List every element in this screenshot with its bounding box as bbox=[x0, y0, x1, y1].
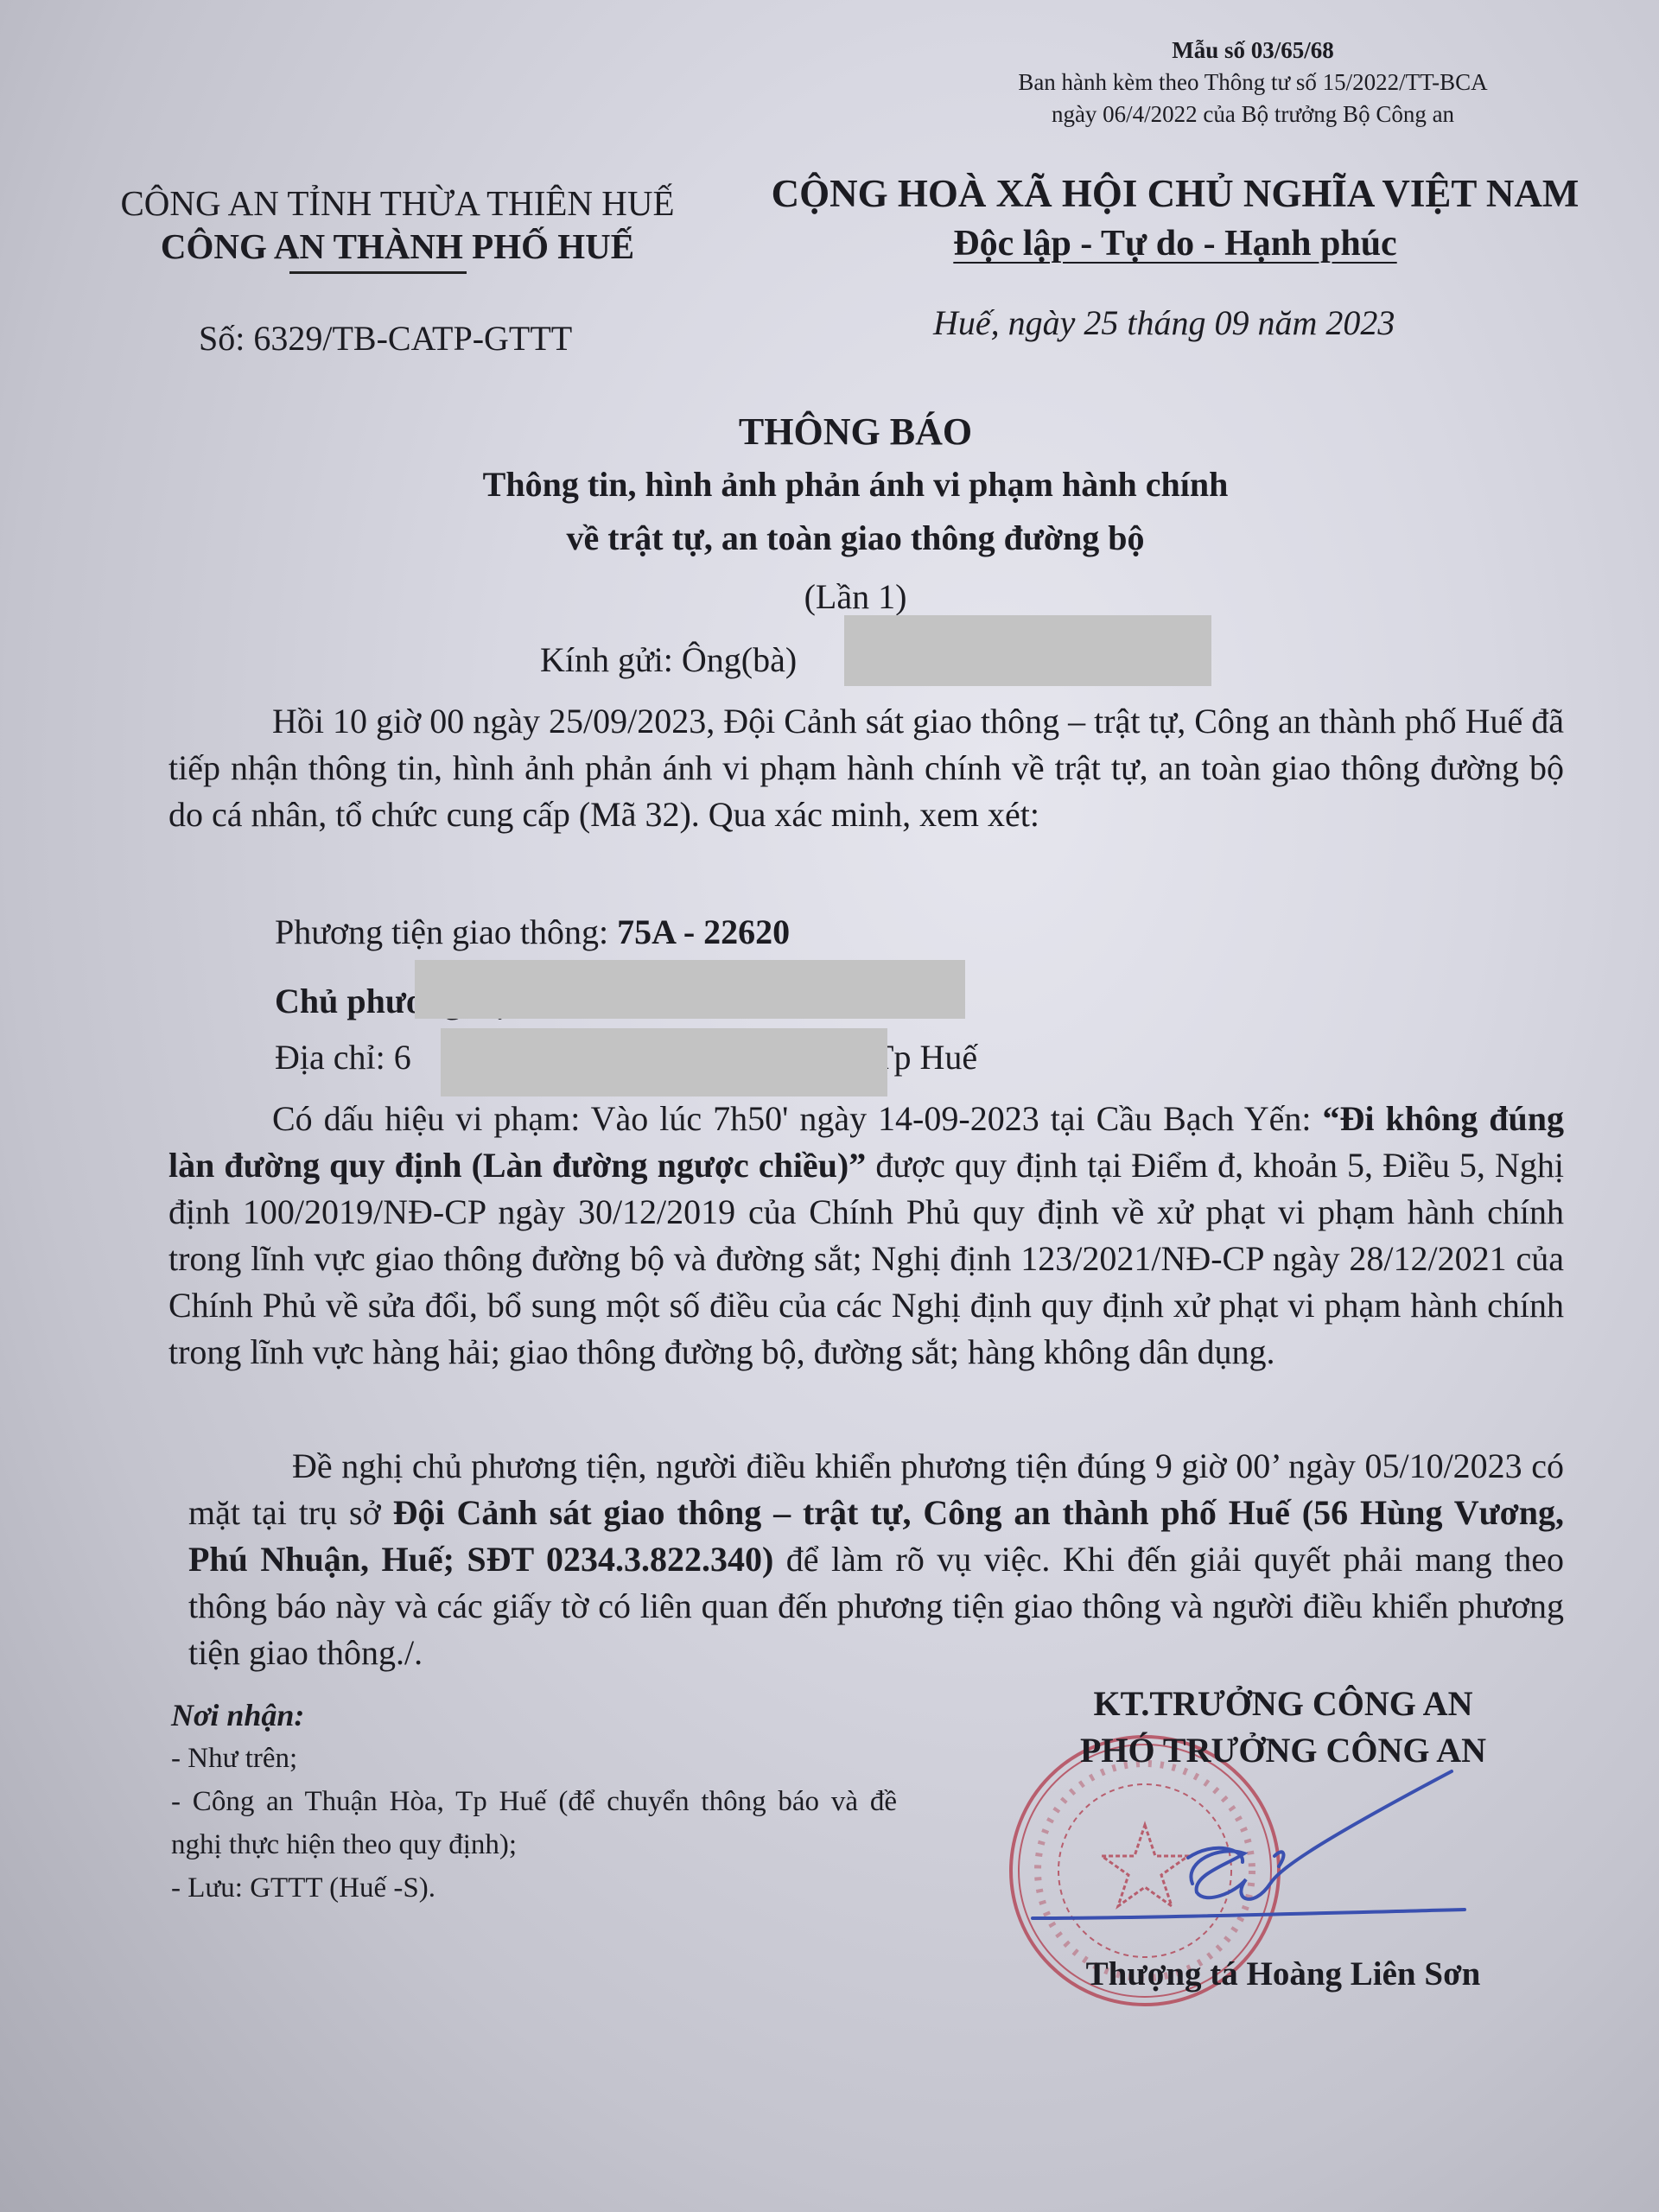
violation-prefix: Có dấu hiệu vi phạm: Vào lúc 7h50' ngày … bbox=[272, 1099, 1323, 1138]
signer-title-line-2: PHÓ TRƯỞNG CÔNG AN bbox=[1020, 1727, 1547, 1774]
recipients-block: Nơi nhận: - Như trên; - Công an Thuận Hò… bbox=[171, 1694, 897, 1910]
recipient-item: - Như trên; bbox=[171, 1737, 897, 1780]
recipient-label: Kính gửi: Ông(bà) bbox=[540, 640, 797, 679]
document-title: THÔNG BÁO Thông tin, hình ảnh phản ánh v… bbox=[259, 406, 1452, 626]
nation-name: CỘNG HOÀ XÃ HỘI CHỦ NGHĨA VIỆT NAM bbox=[760, 168, 1590, 219]
violation-paragraph: Có dấu hiệu vi phạm: Vào lúc 7h50' ngày … bbox=[168, 1096, 1564, 1376]
agency-header: CÔNG AN TỈNH THỪA THIÊN HUẾ CÔNG AN THÀN… bbox=[86, 181, 709, 268]
title-line-1: Thông tin, hình ảnh phản ánh vi phạm hàn… bbox=[259, 458, 1452, 512]
nation-header: CỘNG HOÀ XÃ HỘI CHỦ NGHĨA VIỆT NAM Độc l… bbox=[760, 168, 1590, 269]
recipient-line: Kính gửi: Ông(bà) bbox=[540, 639, 797, 680]
redacted-owner-name bbox=[415, 960, 965, 1019]
nation-motto: Độc lập - Tự do - Hạnh phúc bbox=[760, 219, 1590, 269]
agency-name: CÔNG AN THÀNH PHỐ HUẾ bbox=[86, 225, 709, 268]
form-number: Mẫu số 03/65/68 bbox=[994, 35, 1512, 67]
recipients-title: Nơi nhận: bbox=[171, 1694, 897, 1737]
form-number-header: Mẫu số 03/65/68 Ban hành kèm theo Thông … bbox=[994, 35, 1512, 130]
place-date: Huế, ngày 25 tháng 09 năm 2023 bbox=[933, 302, 1395, 343]
vehicle-label: Phương tiện giao thông: bbox=[275, 912, 617, 951]
title-main: THÔNG BÁO bbox=[259, 406, 1452, 458]
title-line-2: về trật tự, an toàn giao thông đường bộ bbox=[259, 512, 1452, 565]
form-issued-with: Ban hành kèm theo Thông tư số 15/2022/TT… bbox=[994, 67, 1512, 99]
address-label: Địa chỉ: 6 bbox=[275, 1038, 411, 1077]
redacted-recipient-name bbox=[844, 615, 1211, 686]
signature-icon bbox=[1020, 1754, 1503, 1944]
signer-title-line-1: KT.TRƯỞNG CÔNG AN bbox=[1020, 1681, 1547, 1727]
request-paragraph: Đề nghị chủ phương tiện, người điều khiể… bbox=[188, 1443, 1564, 1676]
agency-parent: CÔNG AN TỈNH THỪA THIÊN HUẾ bbox=[86, 181, 709, 225]
vehicle-plate: 75A - 22620 bbox=[617, 912, 790, 951]
signer-title: KT.TRƯỞNG CÔNG AN PHÓ TRƯỞNG CÔNG AN bbox=[1020, 1681, 1547, 1774]
recipient-item: - Lưu: GTTT (Huế -S). bbox=[171, 1866, 897, 1910]
intro-paragraph: Hồi 10 giờ 00 ngày 25/09/2023, Đội Cảnh … bbox=[168, 698, 1564, 838]
form-issued-date: ngày 06/4/2022 của Bộ trưởng Bộ Công an bbox=[994, 99, 1512, 130]
signer-name: Thượng tá Hoàng Liên Sơn bbox=[1020, 1955, 1547, 1993]
notice-document: Mẫu số 03/65/68 Ban hành kèm theo Thông … bbox=[0, 0, 1659, 2212]
agency-underline bbox=[289, 271, 467, 274]
document-number: Số: 6329/TB-CATP-GTTT bbox=[199, 318, 572, 359]
redacted-address bbox=[441, 1028, 887, 1096]
recipient-item: - Công an Thuận Hòa, Tp Huế (để chuyển t… bbox=[171, 1780, 897, 1866]
vehicle-line: Phương tiện giao thông: 75A - 22620 bbox=[275, 912, 790, 952]
